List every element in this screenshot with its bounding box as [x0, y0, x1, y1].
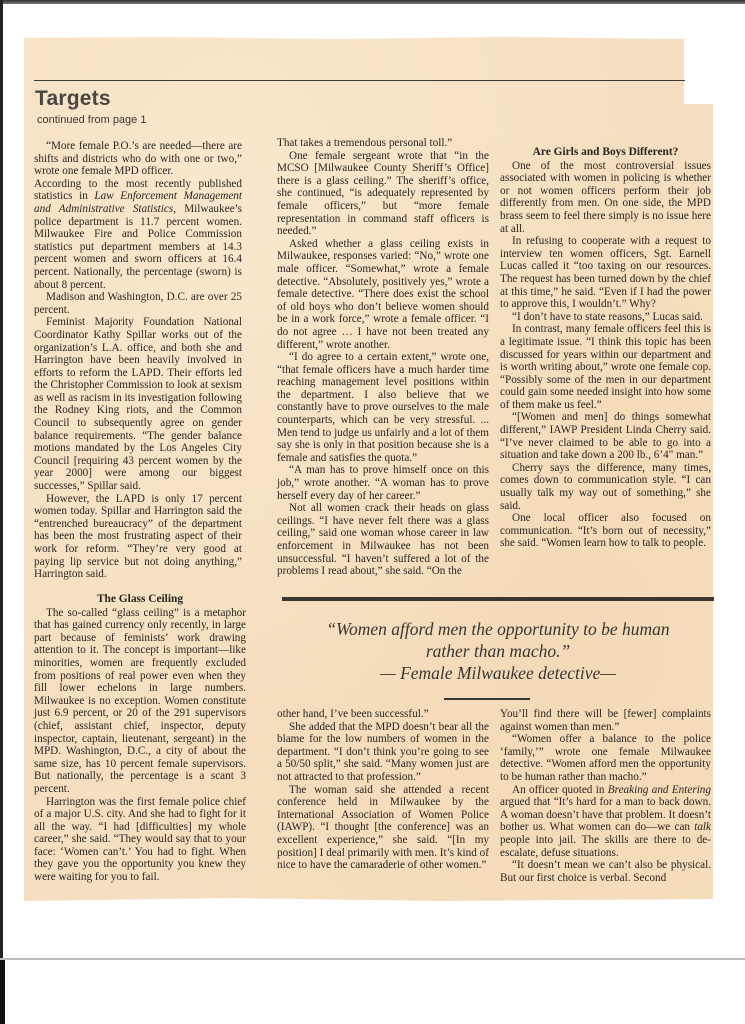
paragraph: You’ll find there will be [fewer] compla…	[500, 708, 711, 733]
column-2-bottom: other hand, I’ve been successful.” She a…	[277, 708, 489, 872]
paragraph: Feminist Majority Foundation National Co…	[34, 316, 242, 492]
paragraph: One female sergeant wrote that “in the M…	[277, 150, 489, 238]
paragraph: In contrast, many female officers feel t…	[500, 323, 711, 411]
pullquote-line-1: “Women afford men the opportunity to be …	[282, 618, 714, 640]
article-kicker: Targets	[35, 87, 111, 111]
pullquote: “Women afford men the opportunity to be …	[282, 618, 714, 684]
paragraph: An officer quoted in Breaking and Enteri…	[500, 784, 711, 860]
paragraph: Madison and Washington, D.C. are over 25…	[34, 291, 242, 316]
paragraph: She added that the MPD doesn’t bear all …	[277, 721, 489, 784]
paragraph: One local officer also focused on commun…	[500, 512, 711, 550]
scanner-edge-left	[0, 0, 3, 960]
scanner-edge-top	[0, 0, 745, 4]
column-3-top: Are Girls and Boys Different? One of the…	[500, 146, 711, 550]
subheading-glass-ceiling: The Glass Ceiling	[34, 593, 246, 606]
column-3-bottom: You’ll find there will be [fewer] compla…	[500, 708, 711, 884]
pullquote-rule-small	[444, 698, 530, 700]
top-rule	[34, 80, 685, 81]
paragraph: “I do agree to a certain extent,” wrote …	[277, 351, 489, 464]
paragraph: That takes a tremendous personal toll.”	[277, 137, 489, 150]
pullquote-attribution: — Female Milwaukee detective—	[282, 662, 714, 684]
paragraph: Cherry says the difference, many times, …	[500, 462, 711, 512]
subheading-girls-boys: Are Girls and Boys Different?	[500, 146, 711, 159]
paragraph: Harrington was the first female police c…	[34, 796, 246, 884]
paragraph: One of the most controversial issues ass…	[500, 160, 711, 236]
paragraph: The so-called “glass ceiling” is a metap…	[34, 607, 246, 796]
continued-from-line: continued from page 1	[37, 114, 146, 126]
pullquote-rule	[282, 597, 714, 601]
paragraph: The woman said she attended a recent con…	[277, 784, 489, 872]
paragraph: other hand, I’ve been successful.”	[277, 708, 489, 721]
paragraph: Asked whether a glass ceiling exists in …	[277, 238, 489, 351]
paragraph: According to the most recently published…	[34, 178, 242, 291]
paragraph: “Women offer a balance to the police ‘fa…	[500, 733, 711, 783]
column-2-top: That takes a tremendous personal toll.” …	[277, 137, 489, 578]
paragraph: “I don’t have to state reasons,” Lucas s…	[500, 311, 711, 324]
paragraph: “[Women and men] do things somewhat diff…	[500, 411, 711, 461]
paragraph: Not all women crack their heads on glass…	[277, 502, 489, 578]
pullquote-line-2: rather than macho.”	[282, 640, 714, 662]
paragraph: “A man has to prove himself once on this…	[277, 464, 489, 502]
paragraph: “It doesn’t mean we can’t also be physic…	[500, 859, 711, 884]
emphasis: talk	[694, 821, 711, 833]
column-1-bottom: The Glass Ceiling The so-called “glass c…	[34, 593, 246, 884]
paragraph: However, the LAPD is only 17 percent wom…	[34, 493, 242, 581]
book-title: Breaking and Entering	[608, 784, 711, 796]
column-1-top: “More female P.O.’s are needed—there are…	[34, 140, 242, 581]
scanner-edge-left-bottom	[0, 960, 5, 1024]
scanner-bed-line	[0, 958, 745, 960]
paragraph: In refusing to cooperate with a request …	[500, 235, 711, 311]
paragraph: “More female P.O.’s are needed—there are…	[34, 140, 242, 178]
